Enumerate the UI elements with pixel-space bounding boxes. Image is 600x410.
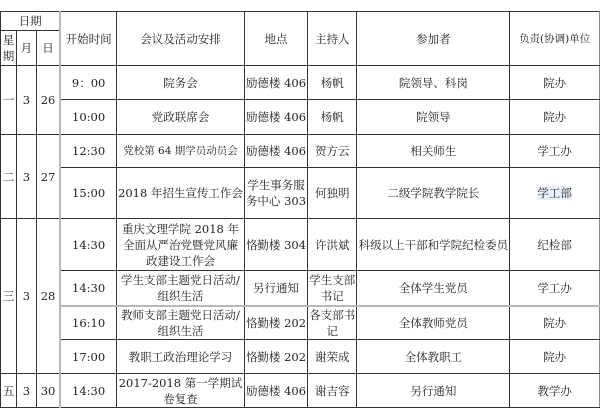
responsible-cell: 院办 (510, 66, 600, 100)
responsible-cell: 院办 (510, 306, 600, 340)
location-cell: 恪勤楼 202 (244, 340, 307, 374)
day-cell: 28 (36, 219, 60, 374)
header-row-1: 日期 开始时间 会议及活动安排 地点 主持人 参加者 负责(协调)单位 (1, 12, 600, 31)
header-participants: 参加者 (357, 12, 510, 66)
header-agenda: 会议及活动安排 (117, 12, 245, 66)
participants-cell: 相关师生 (357, 135, 510, 168)
participants-cell: 院领导、科岗 (357, 66, 510, 100)
participants-cell: 全体教职工 (357, 340, 510, 374)
month-cell: 3 (16, 135, 36, 219)
day-cell: 26 (36, 66, 60, 135)
agenda-cell: 党政联席会 (117, 100, 245, 135)
header-date-group: 日期 (1, 12, 61, 31)
table-row: 五 3 30 14:30 2017-2018 第一学期试卷复查 励德楼 406 … (1, 374, 600, 408)
location-cell: 学生事务服务中心 303 (244, 168, 307, 219)
responsible-cell: 院办 (510, 100, 600, 135)
time-cell: 14:30 (60, 271, 116, 306)
agenda-cell: 2018 年招生宣传工作会 (117, 168, 245, 219)
responsible-cell: 院办 (510, 340, 600, 374)
responsible-cell: 学工办 (510, 271, 600, 306)
header-start-time: 开始时间 (60, 12, 116, 66)
location-cell: 另行通知 (244, 271, 307, 306)
meeting-schedule-table: 日期 开始时间 会议及活动安排 地点 主持人 参加者 负责(协调)单位 星期 月… (0, 11, 600, 408)
agenda-cell: 教职工政治理论学习 (117, 340, 245, 374)
time-cell: 12:30 (60, 135, 116, 168)
agenda-cell: 2017-2018 第一学期试卷复查 (117, 374, 245, 408)
host-cell: 谢荣成 (308, 340, 357, 374)
header-responsible: 负责(协调)单位 (510, 12, 600, 66)
header-weekday: 星期 (1, 31, 17, 66)
agenda-cell: 重庆文理学院 2018 年全面从严治党暨党风廉政建设工作会 (117, 219, 245, 271)
participants-cell: 全体教师党员 (357, 306, 510, 340)
weekday-cell: 二 (1, 135, 17, 219)
table-row: 10:00 党政联席会 励德楼 406 杨帆 院领导 院办 (1, 100, 600, 135)
participants-cell: 另行通知 (357, 374, 510, 408)
participants-cell: 院领导 (357, 100, 510, 135)
month-cell: 3 (16, 219, 36, 374)
host-cell: 何独明 (308, 168, 357, 219)
host-cell: 杨帆 (308, 100, 357, 135)
weekday-cell: 一 (1, 66, 17, 135)
time-cell: 14:30 (60, 219, 116, 271)
responsible-cell: 纪检部 (510, 219, 600, 271)
participants-cell: 科级以上干部和学院纪检委员 (357, 219, 510, 271)
agenda-cell: 学生支部主题党日活动/组织生活 (117, 271, 245, 306)
weekday-cell: 五 (1, 374, 17, 408)
table-row: 17:00 教职工政治理论学习 恪勤楼 202 谢荣成 全体教职工 院办 (1, 340, 600, 374)
location-cell: 恪勤楼 304 (244, 219, 307, 271)
month-cell: 3 (16, 374, 36, 408)
day-cell: 30 (36, 374, 60, 408)
agenda-cell: 党校第 64 期学员动员会 (117, 135, 245, 168)
location-cell: 恪勤楼 202 (244, 306, 307, 340)
time-cell: 15:00 (60, 168, 116, 219)
host-cell: 学生支部书记 (308, 271, 357, 306)
table-row: 14:30 学生支部主题党日活动/组织生活 另行通知 学生支部书记 全体学生党员… (1, 271, 600, 306)
day-cell: 27 (36, 135, 60, 219)
location-cell: 励德楼 406 (244, 100, 307, 135)
responsible-cell: 学工部 (510, 168, 600, 219)
table-row: 15:00 2018 年招生宣传工作会 学生事务服务中心 303 何独明 二级学… (1, 168, 600, 219)
time-cell: 9：00 (60, 66, 116, 100)
agenda-cell: 院务会 (117, 66, 245, 100)
responsible-cell: 学工办 (510, 135, 600, 168)
table-row: 二 3 27 12:30 党校第 64 期学员动员会 励德楼 406 贺方云 相… (1, 135, 600, 168)
time-cell: 10:00 (60, 100, 116, 135)
time-cell: 14:30 (60, 374, 116, 408)
weekday-cell: 三 (1, 219, 17, 374)
participants-cell: 全体学生党员 (357, 271, 510, 306)
table-row: 三 3 28 14:30 重庆文理学院 2018 年全面从严治党暨党风廉政建设工… (1, 219, 600, 271)
location-cell: 励德楼 406 (244, 66, 307, 100)
time-cell: 16:10 (60, 306, 116, 340)
header-location: 地点 (244, 12, 307, 66)
location-cell: 励德楼 406 (244, 135, 307, 168)
header-day: 日 (36, 31, 60, 66)
host-cell: 各支部书记 (308, 306, 357, 340)
agenda-cell: 教师支部主题党日活动/组织生活 (117, 306, 245, 340)
month-cell: 3 (16, 66, 36, 135)
responsible-cell: 教学办 (510, 374, 600, 408)
table-row: 16:10 教师支部主题党日活动/组织生活 恪勤楼 202 各支部书记 全体教师… (1, 306, 600, 340)
participants-cell: 二级学院教学院长 (357, 168, 510, 219)
table-row: 一 3 26 9：00 院务会 励德楼 406 杨帆 院领导、科岗 院办 (1, 66, 600, 100)
host-cell: 谢吉容 (308, 374, 357, 408)
time-cell: 17:00 (60, 340, 116, 374)
host-cell: 许洪斌 (308, 219, 357, 271)
header-host: 主持人 (308, 12, 357, 66)
selected-text[interactable]: 学工部 (537, 186, 572, 200)
location-cell: 励德楼 406 (244, 374, 307, 408)
header-month: 月 (16, 31, 36, 66)
host-cell: 贺方云 (308, 135, 357, 168)
host-cell: 杨帆 (308, 66, 357, 100)
